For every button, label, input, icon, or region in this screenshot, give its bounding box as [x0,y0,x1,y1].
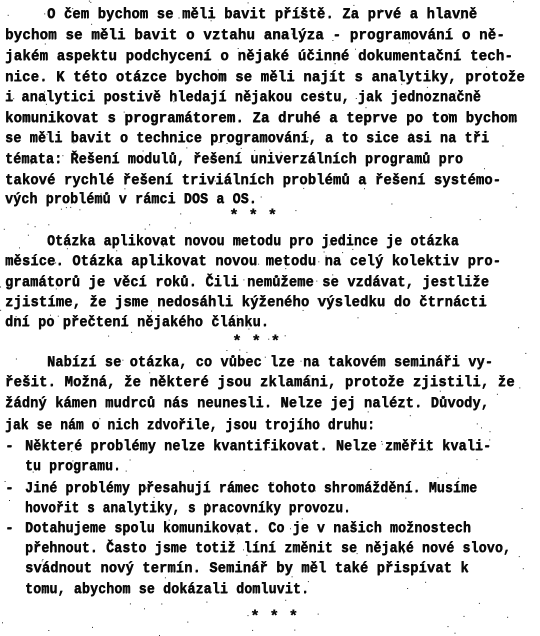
paragraph-1-line-10: vých problémů v rámci DOS a OS. [5,192,257,208]
paragraph-3-line-1: Nabízí se otázka, co vůbec lze na takové… [47,355,493,371]
paragraph-1-line-8: témata: Řešení modulů, řešení univerzáln… [5,152,463,168]
paragraph-2-line-5: dní po přečtení nějakého článku. [5,315,269,331]
paragraph-3-line-2: řešit. Možná, že některé jsou zklamáni, … [5,375,515,391]
scanned-typewritten-page: O čem bychom se měli bavit příště. Za pr… [0,0,540,636]
list-item-3-bullet: - [5,521,14,537]
list-item-2-line-1: Jiné problémy přesahují rámec tohoto shr… [25,481,477,497]
paragraph-3-line-3: žádný kámen mudrců nás neunesli. Nelze j… [5,396,489,412]
paragraph-2-line-1: Otázka aplikovat novou metodu pro jedinc… [47,234,459,250]
paragraph-3-line-4: jak se nám o nich zdvořile, jsou trojího… [5,418,375,434]
list-item-3-line-2: přehnout. Často jsme totiž líní změnit s… [25,541,511,557]
list-item-3-line-4: tomu, abychom se dokázali domluvit. [25,582,309,598]
paragraph-1-line-9: takové rychlé řešení triviálních problém… [5,173,501,189]
paragraph-1-line-7: se měli bavit o technice programování, a… [5,131,489,147]
list-item-3-line-1: Dotahujeme spolu komunikovat. Co je v na… [25,521,471,537]
paragraph-1-line-4: nice. K této otázce bychom se měli najít… [5,70,525,86]
section-separator-3: * * * [250,609,298,625]
list-item-2-line-2: hovořit s analytiky, s pracovníky provoz… [25,501,351,517]
list-item-1-line-1: Některé problémy nelze kvantifikovat. Ne… [25,439,491,455]
paragraph-1-line-1: O čem bychom se měli bavit příště. Za pr… [47,7,477,23]
paragraph-2-line-3: gramátorů je věcí roků. Čili nemůžeme se… [5,275,489,291]
paragraph-1-line-6: komunikovat s programátorem. Za druhé a … [5,111,517,127]
paragraph-1-line-2: bychom se měli bavit o vztahu analýza - … [5,28,505,44]
paragraph-2-line-4: zjistíme, že jsme nedosáhli kýženého výs… [5,295,487,311]
section-separator-1: * * * [229,208,277,224]
list-item-2-bullet: - [5,481,14,497]
paragraph-1-line-5: i analytici postivě hledají nějakou cest… [5,90,481,106]
paragraph-1-line-3: jakém aspektu podchycení o nějaké účinné… [5,49,513,65]
list-item-3-line-3: svádnout nový termín. Seminář by měl tak… [25,561,469,577]
section-separator-2: * * * [232,334,280,350]
list-item-1-bullet: - [5,439,14,455]
list-item-1-line-2: tu programu. [25,459,121,475]
paragraph-2-line-2: měsíce. Otázka aplikovat novou metodu na… [5,254,501,270]
